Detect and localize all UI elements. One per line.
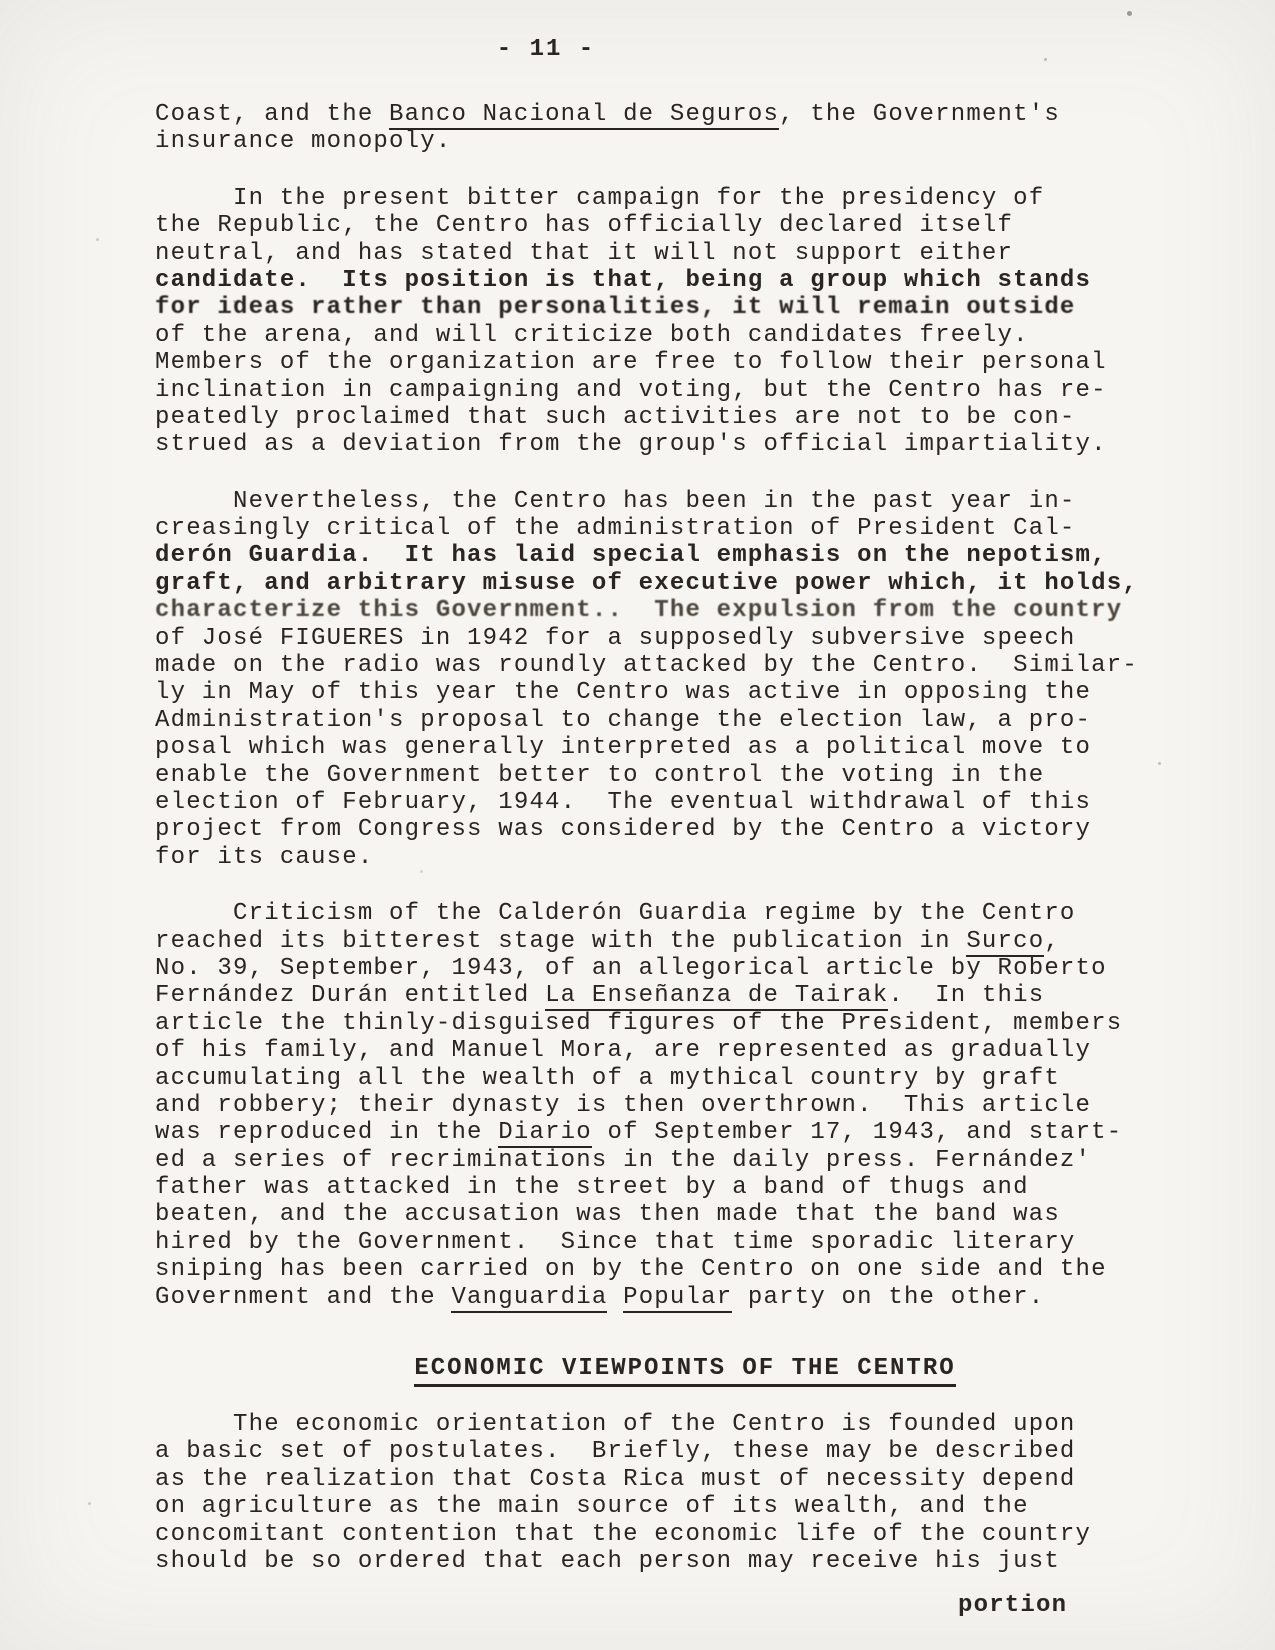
text-line: sniping has been carried on by the Centr… <box>155 1256 1215 1283</box>
text-segment: of José FIGUERES in 1942 for a supposedl… <box>155 625 1076 652</box>
underlined-text: Vanguardia <box>451 1284 607 1313</box>
text-segment <box>607 1284 623 1311</box>
text-segment: of his family, and Manuel Mora, are repr… <box>155 1037 1091 1064</box>
text-segment: Fernández Durán entitled <box>155 982 545 1009</box>
text-segment: Coast, and the <box>155 101 389 128</box>
underlined-text: Surco <box>966 928 1044 957</box>
underlined-text: Banco Nacional de Seguros <box>389 101 779 130</box>
text-segment: The economic orientation of the Centro i… <box>155 1411 1076 1438</box>
text-line: Coast, and the Banco Nacional de Seguros… <box>155 101 1215 128</box>
text-line: and robbery; their dynasty is then overt… <box>155 1092 1215 1119</box>
text-segment: Members of the organization are free to … <box>155 349 1107 376</box>
text-line: accumulating all the wealth of a mythica… <box>155 1065 1215 1092</box>
section-heading: ECONOMIC VIEWPOINTS OF THE CENTRO <box>155 1355 1215 1387</box>
text-line: a basic set of postulates. Briefly, thes… <box>155 1438 1215 1465</box>
text-segment: inclination in campaigning and voting, b… <box>155 377 1107 404</box>
text-segment: article the thinly-disguised figures of … <box>155 1010 1122 1037</box>
text-segment: ly in May of this year the Centro was ac… <box>155 679 1091 706</box>
text-line: Administration's proposal to change the … <box>155 707 1215 734</box>
text-segment: of the arena, and will criticize both ca… <box>155 322 1029 349</box>
text-line: ed a series of recriminations in the dai… <box>155 1147 1215 1174</box>
text-segment: No. 39, September, 1943, of an allegoric… <box>155 955 1107 982</box>
text-segment: candidate. Its position is that, being a… <box>155 267 1091 294</box>
text-line: graft, and arbitrary misuse of executive… <box>155 570 1215 597</box>
text-line: the Republic, the Centro has officially … <box>155 212 1215 239</box>
text-segment: and robbery; their dynasty is then overt… <box>155 1092 1091 1119</box>
text-segment: the Republic, the Centro has officially … <box>155 212 1013 239</box>
text-line: inclination in campaigning and voting, b… <box>155 377 1215 404</box>
text-segment: was reproduced in the <box>155 1119 498 1146</box>
paragraph: Criticism of the Calderón Guardia regime… <box>155 900 1215 1311</box>
text-segment: hired by the Government. Since that time… <box>155 1229 1076 1256</box>
text-line: of José FIGUERES in 1942 for a supposedl… <box>155 625 1215 652</box>
text-segment: concomitant contention that the economic… <box>155 1521 1091 1548</box>
text-segment: accumulating all the wealth of a mythica… <box>155 1065 1060 1092</box>
text-segment: . In this <box>888 982 1044 1009</box>
text-segment: characterize this Government.. The expul… <box>155 597 1122 624</box>
text-segment: of September 17, 1943, and start- <box>592 1119 1122 1146</box>
section-heading-text: ECONOMIC VIEWPOINTS OF THE CENTRO <box>414 1355 955 1387</box>
text-line: reached its bitterest stage with the pub… <box>155 928 1215 955</box>
paragraph: The economic orientation of the Centro i… <box>155 1411 1215 1575</box>
text-line: beaten, and the accusation was then made… <box>155 1201 1215 1228</box>
document-body: Coast, and the Banco Nacional de Seguros… <box>155 101 1215 1604</box>
text-segment: graft, and arbitrary misuse of executive… <box>155 570 1138 597</box>
scanned-document-page: - 11 - Coast, and the Banco Nacional de … <box>0 0 1275 1650</box>
paragraph: In the present bitter campaign for the p… <box>155 185 1215 459</box>
text-line: project from Congress was considered by … <box>155 816 1215 843</box>
text-segment: insurance monopoly. <box>155 128 451 155</box>
text-segment: father was attacked in the street by a b… <box>155 1174 1029 1201</box>
text-line: derón Guardia. It has laid special empha… <box>155 542 1215 569</box>
text-line: Nevertheless, the Centro has been in the… <box>155 488 1215 515</box>
text-segment: as the realization that Costa Rica must … <box>155 1466 1076 1493</box>
text-line: Members of the organization are free to … <box>155 349 1215 376</box>
underlined-text: La Enseñanza de Tairak <box>545 982 888 1011</box>
text-line: Fernández Durán entitled La Enseñanza de… <box>155 982 1215 1009</box>
text-segment: In the present bitter campaign for the p… <box>155 185 1044 212</box>
text-line: No. 39, September, 1943, of an allegoric… <box>155 955 1215 982</box>
text-line: article the thinly-disguised figures of … <box>155 1010 1215 1037</box>
text-segment: Administration's proposal to change the … <box>155 707 1091 734</box>
text-line: The economic orientation of the Centro i… <box>155 1411 1215 1438</box>
text-line: candidate. Its position is that, being a… <box>155 267 1215 294</box>
text-line: of his family, and Manuel Mora, are repr… <box>155 1037 1215 1064</box>
text-segment: strued as a deviation from the group's o… <box>155 431 1107 458</box>
text-line: should be so ordered that each person ma… <box>155 1548 1215 1575</box>
catchword: portion <box>958 1592 1067 1619</box>
text-line: hired by the Government. Since that time… <box>155 1229 1215 1256</box>
text-segment: neutral, and has stated that it will not… <box>155 240 1013 267</box>
page-number: - 11 - <box>0 36 1092 63</box>
text-line: enable the Government better to control … <box>155 762 1215 789</box>
text-line: election of February, 1944. The eventual… <box>155 789 1215 816</box>
text-line: concomitant contention that the economic… <box>155 1521 1215 1548</box>
text-segment: reached its bitterest stage with the pub… <box>155 928 966 955</box>
text-line: for ideas rather than personalities, it … <box>155 294 1215 321</box>
text-line: posal which was generally interpreted as… <box>155 734 1215 761</box>
text-segment: posal which was generally interpreted as… <box>155 734 1091 761</box>
text-line: Government and the Vanguardia Popular pa… <box>155 1284 1215 1311</box>
text-segment: sniping has been carried on by the Centr… <box>155 1256 1107 1283</box>
text-line: of the arena, and will criticize both ca… <box>155 322 1215 349</box>
text-segment: a basic set of postulates. Briefly, thes… <box>155 1438 1076 1465</box>
text-segment: on agriculture as the main source of its… <box>155 1493 1029 1520</box>
text-line: peatedly proclaimed that such activities… <box>155 404 1215 431</box>
text-segment: party on the other. <box>732 1284 1044 1311</box>
text-segment: project from Congress was considered by … <box>155 816 1091 843</box>
text-segment: made on the radio was roundly attacked b… <box>155 652 1138 679</box>
text-line: ly in May of this year the Centro was ac… <box>155 679 1215 706</box>
text-segment: beaten, and the accusation was then made… <box>155 1201 1060 1228</box>
text-line: neutral, and has stated that it will not… <box>155 240 1215 267</box>
text-segment: Criticism of the Calderón Guardia regime… <box>155 900 1076 927</box>
text-segment: creasingly critical of the administratio… <box>155 515 1076 542</box>
text-segment: derón Guardia. It has laid special empha… <box>155 542 1107 569</box>
text-line: father was attacked in the street by a b… <box>155 1174 1215 1201</box>
paragraph: Nevertheless, the Centro has been in the… <box>155 488 1215 871</box>
paragraph: Coast, and the Banco Nacional de Seguros… <box>155 101 1215 156</box>
text-segment: ed a series of recriminations in the dai… <box>155 1147 1091 1174</box>
text-line: for its cause. <box>155 844 1215 871</box>
underlined-text: Diario <box>498 1119 592 1148</box>
text-line: as the realization that Costa Rica must … <box>155 1466 1215 1493</box>
text-segment: for its cause. <box>155 844 373 871</box>
text-line: strued as a deviation from the group's o… <box>155 431 1215 458</box>
text-line: made on the radio was roundly attacked b… <box>155 652 1215 679</box>
text-segment: Nevertheless, the Centro has been in the… <box>155 488 1076 515</box>
text-segment: peatedly proclaimed that such activities… <box>155 404 1076 431</box>
text-segment: for ideas rather than personalities, it … <box>155 294 1076 321</box>
text-line: Criticism of the Calderón Guardia regime… <box>155 900 1215 927</box>
text-segment: Government and the <box>155 1284 451 1311</box>
text-segment: election of February, 1944. The eventual… <box>155 789 1091 816</box>
text-segment: should be so ordered that each person ma… <box>155 1548 1060 1575</box>
underlined-text: Popular <box>623 1284 732 1313</box>
text-line: characterize this Government.. The expul… <box>155 597 1215 624</box>
text-line: creasingly critical of the administratio… <box>155 515 1215 542</box>
text-line: insurance monopoly. <box>155 128 1215 155</box>
text-segment: , the Government's <box>779 101 1060 128</box>
text-line: was reproduced in the Diario of Septembe… <box>155 1119 1215 1146</box>
text-line: on agriculture as the main source of its… <box>155 1493 1215 1520</box>
text-line: In the present bitter campaign for the p… <box>155 185 1215 212</box>
text-segment: enable the Government better to control … <box>155 762 1044 789</box>
text-segment: , <box>1044 928 1060 955</box>
